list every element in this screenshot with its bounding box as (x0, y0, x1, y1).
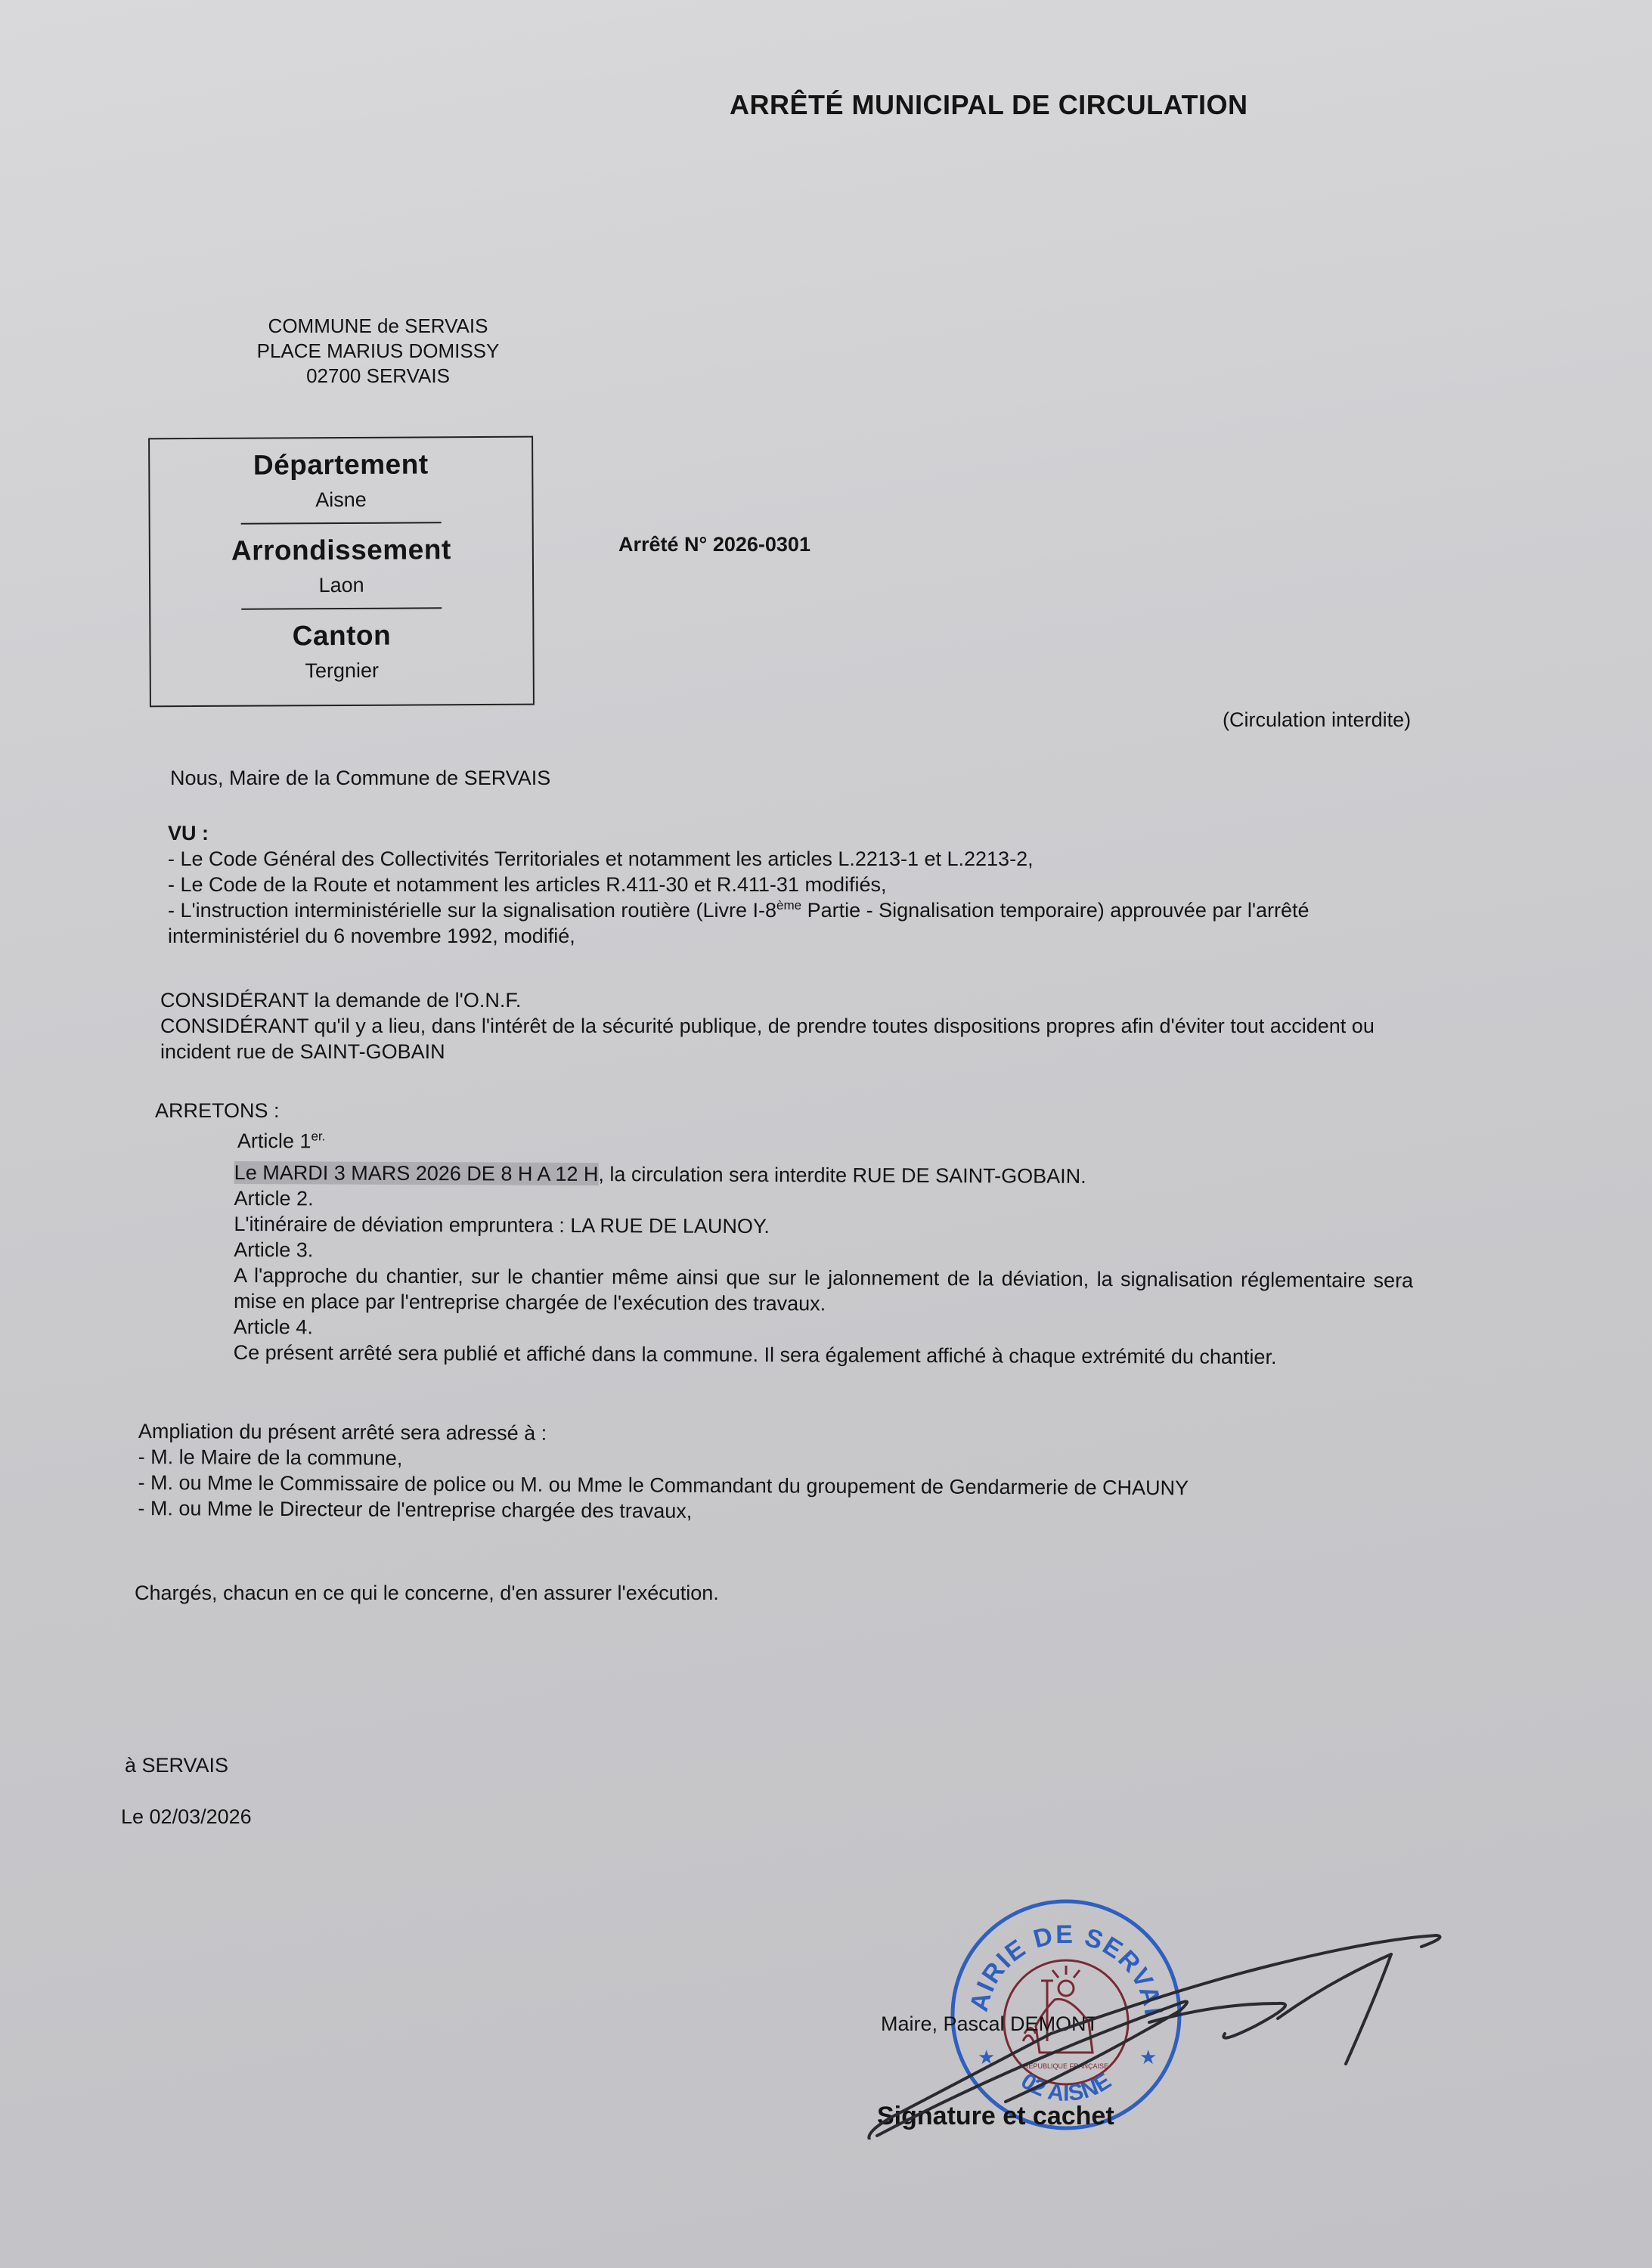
admin-info-box: Département Aisne Arrondissement Laon Ca… (148, 436, 535, 708)
address-line-1: COMMUNE de SERVAIS (238, 314, 518, 339)
articles-section: Article 1er. Le MARDI 3 MARS 2026 DE 8 H… (234, 1125, 1414, 1371)
vu-item: - Le Code Général des Collectivités Terr… (168, 846, 1438, 872)
vu-item-instruction: - L'instruction interministérielle sur l… (168, 897, 1438, 949)
address-line-2: PLACE MARIUS DOMISSY (238, 339, 518, 364)
handwritten-signature-icon (862, 1913, 1452, 2139)
date: Le 02/03/2026 (121, 1805, 252, 1829)
arrondissement-label: Arrondissement (150, 534, 532, 568)
execution-clause: Chargés, chacun en ce qui le concerne, d… (135, 1580, 719, 1606)
vu-section: VU : - Le Code Général des Collectivités… (168, 820, 1438, 949)
address-line-3: 02700 SERVAIS (238, 364, 518, 389)
commune-address: COMMUNE de SERVAIS PLACE MARIUS DOMISSY … (238, 314, 518, 389)
article-2-text: L'itinéraire de déviation empruntera : L… (234, 1211, 1413, 1242)
article-4-text: Ce présent arrêté sera publié et affiché… (234, 1340, 1413, 1371)
place: à SERVAIS (125, 1754, 228, 1777)
considerant-item: CONSIDÉRANT qu'il y a lieu, dans l'intér… (160, 1013, 1430, 1064)
considerants-section: CONSIDÉRANT la demande de l'O.N.F. CONSI… (160, 987, 1430, 1064)
preamble: Nous, Maire de la Commune de SERVAIS (170, 765, 550, 791)
vu-label: VU : (168, 820, 1438, 846)
departement-label: Département (150, 448, 532, 482)
canton-label: Canton (150, 619, 532, 653)
article-1-title: Article 1er. (237, 1128, 1414, 1159)
canton-value: Tergnier (151, 658, 533, 684)
document-title: ARRÊTÉ MUNICIPAL DE CIRCULATION (730, 89, 1248, 121)
departement-value: Aisne (150, 488, 532, 513)
article-3-text: A l'approche du chantier, sur le chantie… (234, 1263, 1413, 1319)
arrete-subject: (Circulation interdite) (1223, 708, 1411, 732)
vu-item: - Le Code de la Route et notamment les a… (168, 872, 1438, 897)
article-1-text: Le MARDI 3 MARS 2026 DE 8 H A 12 H, la c… (234, 1160, 1414, 1191)
arrete-number: Arrêté N° 2026-0301 (618, 533, 811, 556)
arretons-label: ARRETONS : (155, 1098, 280, 1123)
highlighted-date: Le MARDI 3 MARS 2026 DE 8 H A 12 H (234, 1161, 599, 1185)
arrondissement-value: Laon (150, 573, 532, 599)
divider (241, 607, 442, 609)
considerant-item: CONSIDÉRANT la demande de l'O.N.F. (160, 987, 1430, 1013)
ampliation-section: Ampliation du présent arrêté sera adress… (138, 1418, 1409, 1528)
divider (241, 522, 442, 524)
